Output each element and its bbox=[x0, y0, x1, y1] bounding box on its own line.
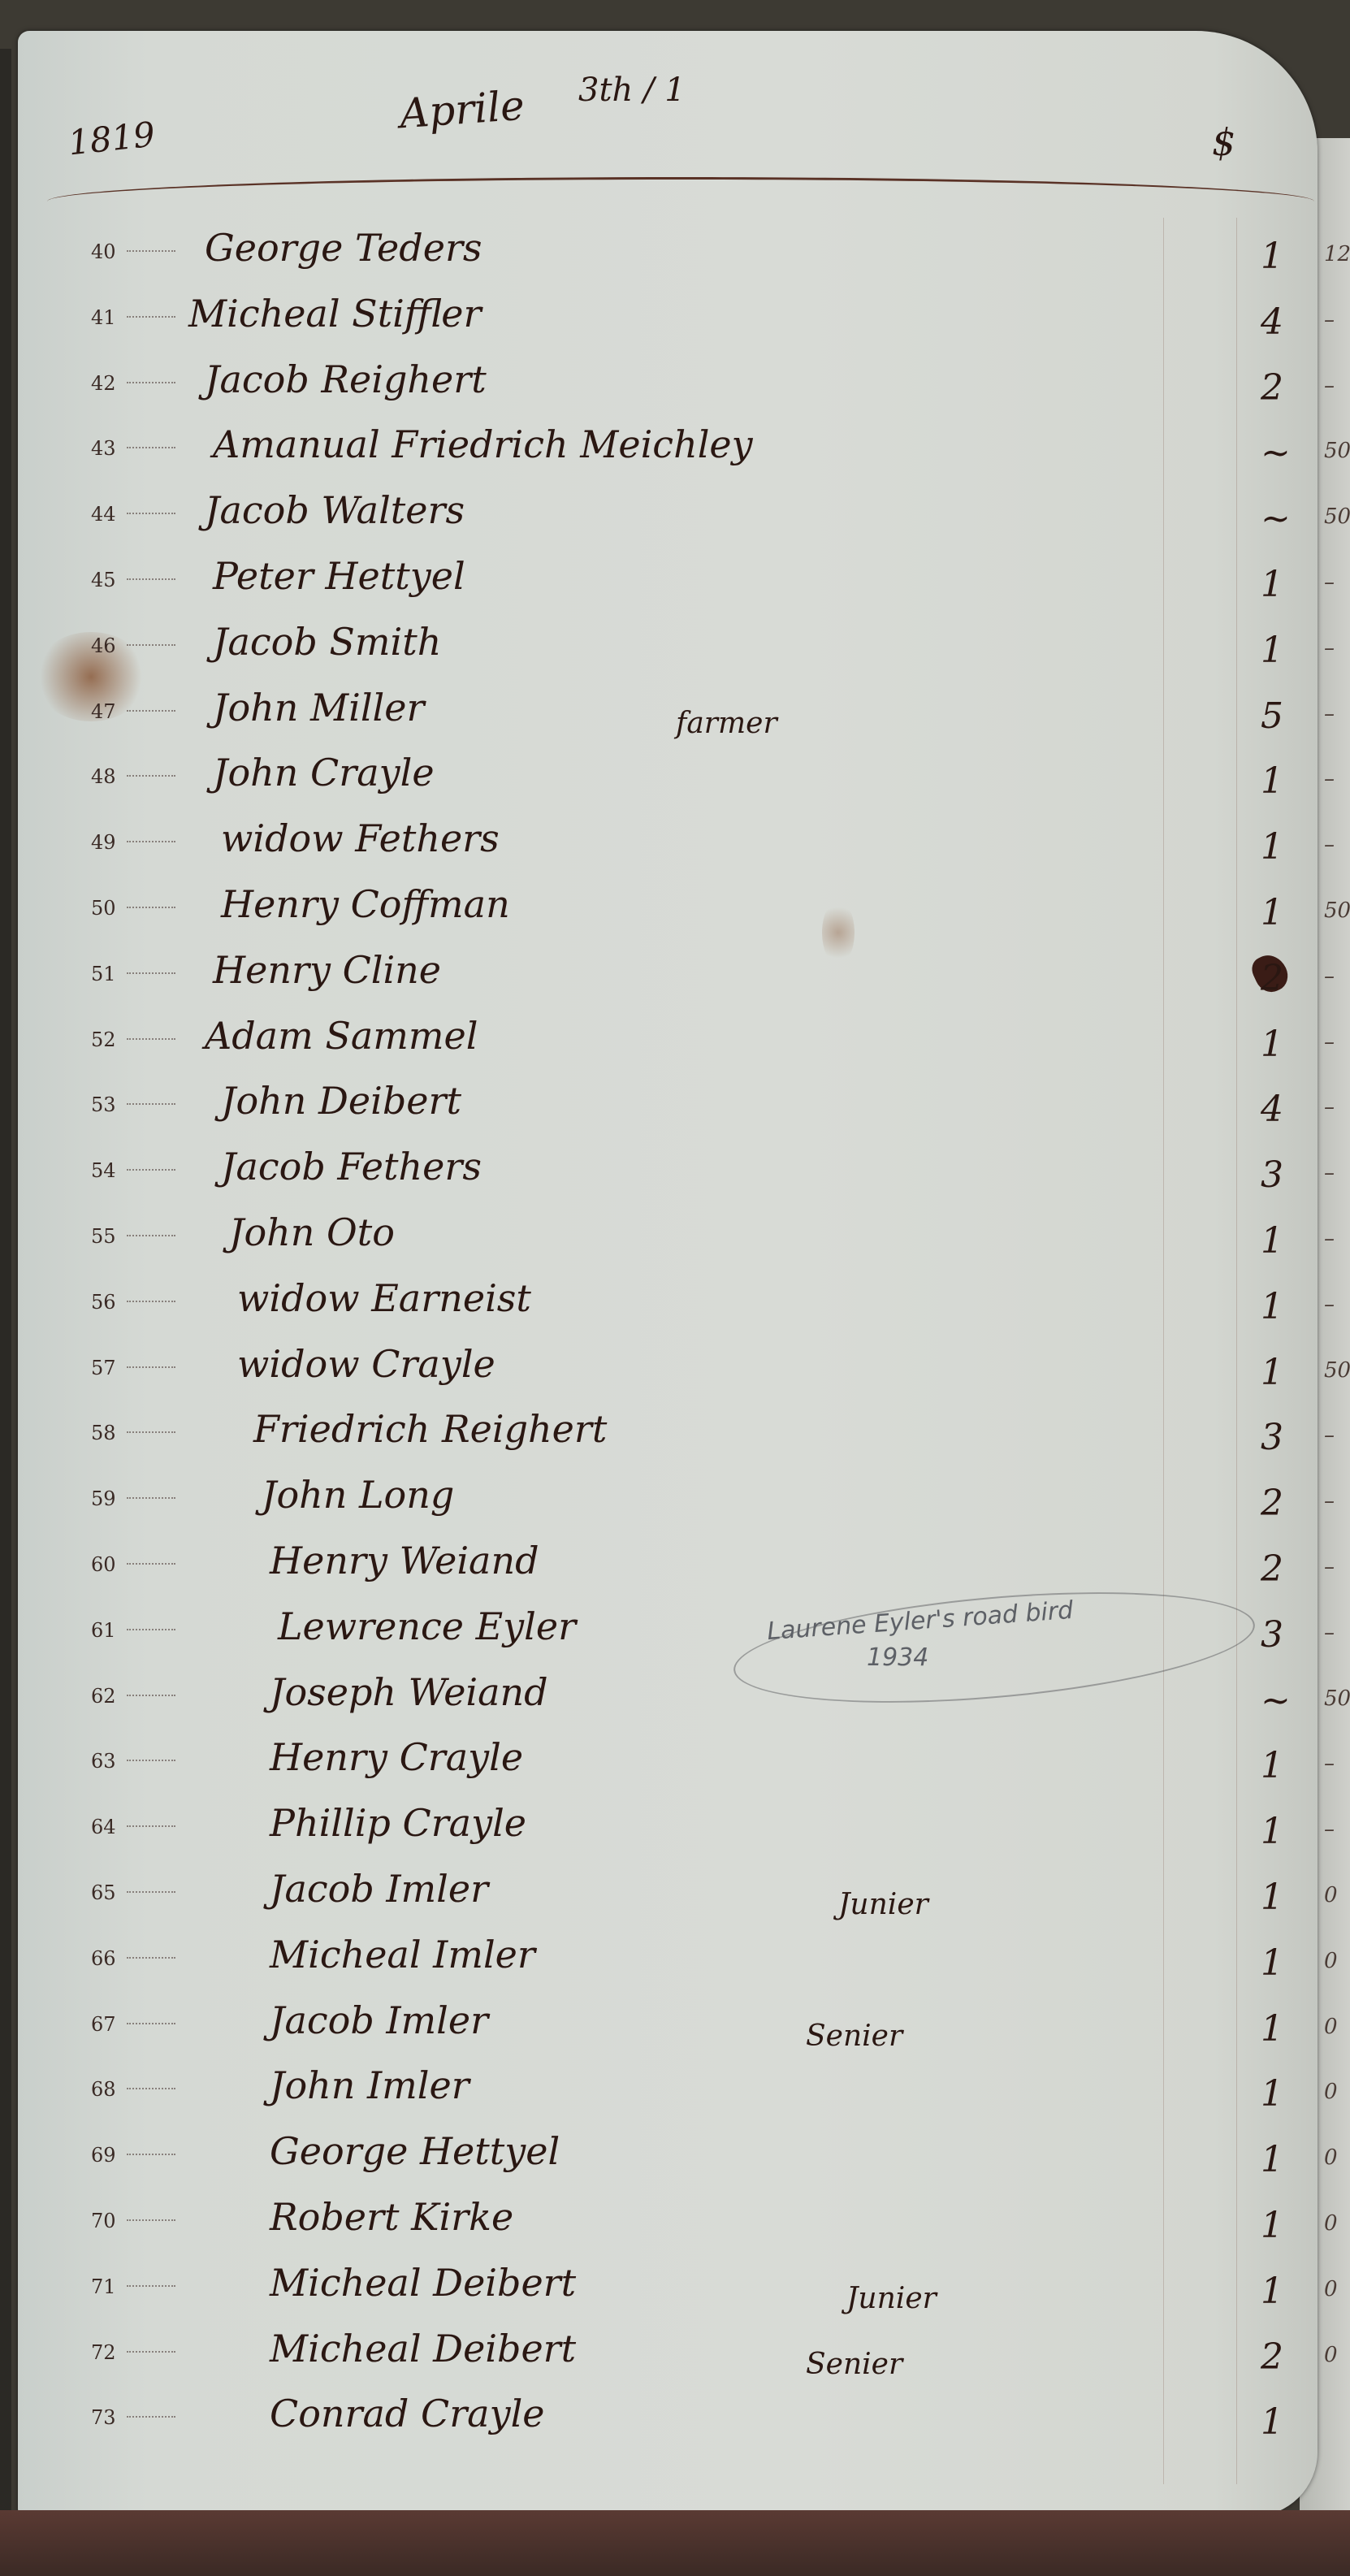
entry-number: 55 bbox=[91, 1225, 116, 1248]
currency-column-header: $ bbox=[1212, 120, 1235, 164]
entry-quantity: 2 bbox=[1261, 367, 1283, 409]
entry-quantity: 3 bbox=[1261, 1614, 1283, 1656]
entry-name: John Imler bbox=[270, 2063, 469, 2107]
dotted-leader bbox=[127, 1497, 175, 1499]
entry-name: Micheal Deibert bbox=[270, 2261, 576, 2305]
entry-name: George Teders bbox=[205, 226, 482, 270]
ledger-entries: 40George Teders11241Micheal Stiffler4–42… bbox=[91, 219, 1293, 2451]
entry-number: 70 bbox=[91, 2210, 116, 2232]
entry-name: John Long bbox=[262, 1473, 454, 1517]
entry-number: 41 bbox=[91, 306, 116, 329]
ledger-row: 52Adam Sammel1– bbox=[91, 1007, 1293, 1073]
entry-number: 61 bbox=[91, 1619, 116, 1642]
dotted-leader bbox=[127, 1695, 175, 1696]
entry-quantity: 2 bbox=[1261, 958, 1283, 999]
entry-margin-value: 0 bbox=[1324, 2343, 1338, 2367]
entry-margin-value: – bbox=[1324, 767, 1335, 791]
entry-quantity: 3 bbox=[1261, 1154, 1283, 1196]
dotted-leader bbox=[127, 710, 175, 712]
dotted-leader bbox=[127, 972, 175, 974]
ledger-day: 3th / 1 bbox=[578, 71, 686, 109]
dotted-leader bbox=[127, 447, 175, 448]
dotted-leader bbox=[127, 644, 175, 646]
entry-name: Jacob Imler bbox=[270, 1867, 488, 1911]
entry-margin-value: – bbox=[1324, 1292, 1335, 1317]
ledger-row: 63Henry Crayle1– bbox=[91, 1729, 1293, 1795]
dotted-leader bbox=[127, 1366, 175, 1368]
entry-quantity: 1 bbox=[1261, 630, 1283, 671]
dotted-leader bbox=[127, 2154, 175, 2155]
entry-margin-value: 50 bbox=[1324, 504, 1350, 529]
entry-margin-value: 50 bbox=[1324, 898, 1350, 923]
entry-margin-value: 50 bbox=[1324, 1686, 1350, 1711]
entry-name: Henry Crayle bbox=[270, 1735, 523, 1779]
entry-quantity: 1 bbox=[1261, 2271, 1283, 2312]
ledger-row: 56widow Earneist1– bbox=[91, 1270, 1293, 1336]
ledger-row: 44Jacob Walters~50 bbox=[91, 482, 1293, 548]
entry-number: 66 bbox=[91, 1947, 116, 1970]
entry-name: John Crayle bbox=[213, 751, 435, 794]
entry-quantity: 1 bbox=[1261, 892, 1283, 933]
entry-margin-value: 12 bbox=[1324, 242, 1350, 266]
entry-margin-value: – bbox=[1324, 1227, 1335, 1251]
entry-name: Jacob Reighert bbox=[205, 357, 487, 401]
dotted-leader bbox=[127, 1301, 175, 1302]
dotted-leader bbox=[127, 1235, 175, 1236]
entry-name: Jacob Fethers bbox=[221, 1145, 482, 1188]
entry-name: widow Fethers bbox=[221, 816, 500, 860]
ledger-row: 64Phillip Crayle1– bbox=[91, 1795, 1293, 1860]
ledger-row: 60Henry Weiand2– bbox=[91, 1532, 1293, 1598]
book-spine bbox=[0, 49, 11, 2543]
entry-number: 65 bbox=[91, 1881, 116, 1904]
ledger-row: 48John Crayle1– bbox=[91, 744, 1293, 810]
entry-name: Micheal Stiffler bbox=[188, 292, 481, 336]
entry-margin-value: – bbox=[1324, 702, 1335, 726]
entry-margin-value: – bbox=[1324, 964, 1335, 989]
entry-name: Jacob Imler bbox=[270, 1998, 488, 2042]
dotted-leader bbox=[127, 382, 175, 383]
entry-name: Friedrich Reighert bbox=[253, 1407, 607, 1451]
entry-quantity: 1 bbox=[1261, 1811, 1283, 1852]
entry-name: widow Crayle bbox=[237, 1342, 495, 1386]
entry-name: Henry Weiand bbox=[270, 1539, 539, 1582]
entry-number: 44 bbox=[91, 503, 116, 526]
ledger-year: 1819 bbox=[67, 115, 157, 163]
ledger-row: 70Robert Kirke10 bbox=[91, 2189, 1293, 2254]
entry-quantity: 5 bbox=[1261, 695, 1283, 737]
entry-margin-value: – bbox=[1324, 1161, 1335, 1185]
entry-quantity: 4 bbox=[1261, 301, 1283, 343]
entry-number: 72 bbox=[91, 2341, 116, 2364]
entry-quantity: 1 bbox=[1261, 2008, 1283, 2050]
entry-margin-value: – bbox=[1324, 1030, 1335, 1054]
dotted-leader bbox=[127, 1760, 175, 1761]
entry-name: Peter Hettyel bbox=[213, 554, 465, 598]
entry-name: John Deibert bbox=[221, 1079, 461, 1123]
entry-number: 49 bbox=[91, 831, 116, 854]
entry-quantity: 3 bbox=[1261, 1417, 1283, 1458]
ledger-row: 54Jacob Fethers3– bbox=[91, 1138, 1293, 1204]
entry-number: 53 bbox=[91, 1093, 116, 1116]
entry-name: Conrad Crayle bbox=[270, 2392, 545, 2435]
entry-note: Junier bbox=[838, 1888, 928, 1921]
ledger-row: 66Micheal Imler10 bbox=[91, 1926, 1293, 1992]
entry-quantity: 2 bbox=[1261, 2336, 1283, 2378]
entry-number: 64 bbox=[91, 1816, 116, 1838]
ledger-month: Aprile bbox=[398, 82, 526, 138]
entry-number: 71 bbox=[91, 2275, 116, 2298]
entry-note: Senier bbox=[806, 2020, 902, 2053]
entry-quantity: 2 bbox=[1261, 1483, 1283, 1524]
entry-number: 47 bbox=[91, 700, 116, 723]
entry-number: 43 bbox=[91, 437, 116, 460]
entry-margin-value: – bbox=[1324, 1817, 1335, 1842]
entry-name: George Hettyel bbox=[270, 2129, 560, 2173]
dotted-leader bbox=[127, 513, 175, 514]
ledger-row: 69George Hettyel10 bbox=[91, 2123, 1293, 2189]
entry-quantity: 1 bbox=[1261, 2073, 1283, 2115]
entry-margin-value: – bbox=[1324, 1621, 1335, 1645]
entry-name: Robert Kirke bbox=[270, 2195, 513, 2239]
ledger-row: 42Jacob Reighert2– bbox=[91, 351, 1293, 417]
ledger-row: 43Amanual Friedrich Meichley~50 bbox=[91, 416, 1293, 482]
dotted-leader bbox=[127, 2416, 175, 2418]
entry-margin-value: 50 bbox=[1324, 1358, 1350, 1383]
entry-number: 69 bbox=[91, 2144, 116, 2167]
entry-note: farmer bbox=[676, 707, 777, 740]
entry-name: Amanual Friedrich Meichley bbox=[213, 422, 753, 466]
dotted-leader bbox=[127, 1563, 175, 1565]
entry-number: 40 bbox=[91, 240, 116, 263]
ledger-row: 68John Imler10 bbox=[91, 2057, 1293, 2123]
entry-margin-value: – bbox=[1324, 374, 1335, 398]
entry-margin-value: 0 bbox=[1324, 2015, 1338, 2039]
entry-margin-value: – bbox=[1324, 1489, 1335, 1513]
ledger-row: 41Micheal Stiffler4– bbox=[91, 285, 1293, 351]
ledger-row: 71Micheal DeibertJunier10 bbox=[91, 2254, 1293, 2320]
entry-quantity: ~ bbox=[1261, 498, 1291, 539]
entry-name: Henry Cline bbox=[213, 948, 441, 992]
entry-number: 67 bbox=[91, 2013, 116, 2036]
ledger-row: 47John Millerfarmer5– bbox=[91, 679, 1293, 745]
entry-name: Adam Sammel bbox=[205, 1014, 478, 1058]
dotted-leader bbox=[127, 775, 175, 777]
entry-number: 42 bbox=[91, 372, 116, 395]
dotted-leader bbox=[127, 578, 175, 580]
entry-number: 59 bbox=[91, 1487, 116, 1510]
entry-margin-value: 0 bbox=[1324, 2211, 1338, 2236]
entry-note: Junier bbox=[846, 2282, 937, 2315]
dotted-leader bbox=[127, 2285, 175, 2287]
book-cover-edge bbox=[0, 2510, 1350, 2576]
entry-quantity: 1 bbox=[1261, 2205, 1283, 2246]
ledger-row: 58Friedrich Reighert3– bbox=[91, 1401, 1293, 1466]
ledger-row: 67Jacob ImlerSenier10 bbox=[91, 1992, 1293, 2058]
entry-quantity: 1 bbox=[1261, 2401, 1283, 2443]
ledger-row: 45Peter Hettyel1– bbox=[91, 548, 1293, 613]
ledger-row: 73Conrad Crayle1 bbox=[91, 2385, 1293, 2451]
entry-number: 68 bbox=[91, 2078, 116, 2101]
entry-name: Joseph Weiand bbox=[270, 1670, 548, 1714]
entry-name: Henry Coffman bbox=[221, 882, 510, 926]
entry-quantity: 1 bbox=[1261, 564, 1283, 605]
entry-number: 56 bbox=[91, 1291, 116, 1314]
entry-margin-value: 0 bbox=[1324, 2080, 1338, 2104]
entry-number: 52 bbox=[91, 1028, 116, 1051]
ledger-page: 1819 Aprile 3th / 1 $ 40George Teders112… bbox=[18, 31, 1318, 2517]
dotted-leader bbox=[127, 1957, 175, 1959]
entry-quantity: 1 bbox=[1261, 1220, 1283, 1262]
entry-name: Lewrence Eyler bbox=[278, 1604, 576, 1648]
entry-quantity: 1 bbox=[1261, 760, 1283, 802]
dotted-leader bbox=[127, 841, 175, 842]
entry-margin-value: – bbox=[1324, 1555, 1335, 1579]
dotted-leader bbox=[127, 1891, 175, 1893]
entry-quantity: 1 bbox=[1261, 236, 1283, 277]
entry-quantity: 1 bbox=[1261, 1024, 1283, 1065]
entry-margin-value: – bbox=[1324, 308, 1335, 332]
ledger-row: 50Henry Coffman150 bbox=[91, 876, 1293, 942]
entry-quantity: 1 bbox=[1261, 1942, 1283, 1984]
dotted-leader bbox=[127, 2088, 175, 2089]
entry-margin-value: 0 bbox=[1324, 2145, 1338, 2170]
entry-margin-value: – bbox=[1324, 833, 1335, 857]
entry-margin-value: – bbox=[1324, 636, 1335, 660]
entry-number: 54 bbox=[91, 1159, 116, 1182]
entry-number: 60 bbox=[91, 1553, 116, 1576]
entry-name: Micheal Deibert bbox=[270, 2327, 576, 2370]
entry-number: 73 bbox=[91, 2406, 116, 2429]
entry-quantity: ~ bbox=[1261, 432, 1291, 474]
entry-name: Micheal Imler bbox=[270, 1933, 535, 1976]
entry-margin-value: – bbox=[1324, 570, 1335, 595]
entry-margin-value: 0 bbox=[1324, 1949, 1338, 1973]
entry-number: 46 bbox=[91, 634, 116, 657]
dotted-leader bbox=[127, 1431, 175, 1433]
ledger-row: 55John Oto1– bbox=[91, 1204, 1293, 1270]
dotted-leader bbox=[127, 250, 175, 252]
entry-quantity: 2 bbox=[1261, 1548, 1283, 1590]
entry-number: 63 bbox=[91, 1750, 116, 1773]
dotted-leader bbox=[127, 1038, 175, 1040]
ledger-row: 59John Long2– bbox=[91, 1466, 1293, 1532]
dotted-leader bbox=[127, 1103, 175, 1105]
entry-name: John Oto bbox=[229, 1210, 395, 1254]
entry-margin-value: 50 bbox=[1324, 439, 1350, 463]
entry-name: Jacob Walters bbox=[205, 488, 465, 532]
entry-margin-value: – bbox=[1324, 1751, 1335, 1776]
entry-quantity: 1 bbox=[1261, 826, 1283, 868]
entry-name: widow Earneist bbox=[237, 1276, 531, 1320]
entry-quantity: 4 bbox=[1261, 1089, 1283, 1130]
ledger-row: 40George Teders112 bbox=[91, 219, 1293, 285]
entry-number: 48 bbox=[91, 765, 116, 788]
entry-note: Senier bbox=[806, 2348, 902, 2381]
ledger-row: 57widow Crayle150 bbox=[91, 1336, 1293, 1401]
ledger-row: 65Jacob ImlerJunier10 bbox=[91, 1860, 1293, 1926]
ledger-row: 51Henry Cline2– bbox=[91, 942, 1293, 1007]
entry-margin-value: – bbox=[1324, 1095, 1335, 1119]
entry-quantity: 1 bbox=[1261, 1745, 1283, 1786]
entry-number: 58 bbox=[91, 1422, 116, 1444]
ledger-row: 72Micheal DeibertSenier20 bbox=[91, 2320, 1293, 2386]
entry-margin-value: 0 bbox=[1324, 1883, 1338, 1907]
entry-number: 45 bbox=[91, 569, 116, 591]
entry-quantity: 1 bbox=[1261, 1352, 1283, 1393]
dotted-leader bbox=[127, 1825, 175, 1827]
dotted-leader bbox=[127, 907, 175, 908]
entry-quantity: 1 bbox=[1261, 1877, 1283, 1918]
entry-quantity: 1 bbox=[1261, 1286, 1283, 1327]
dotted-leader bbox=[127, 1169, 175, 1171]
pencil-annotation-year: 1934 bbox=[867, 1643, 928, 1672]
ledger-row: 53John Deibert4– bbox=[91, 1072, 1293, 1138]
entry-name: John Miller bbox=[213, 686, 424, 730]
entry-margin-value: – bbox=[1324, 1423, 1335, 1448]
entry-quantity: 1 bbox=[1261, 2139, 1283, 2180]
dotted-leader bbox=[127, 1629, 175, 1630]
entry-quantity: ~ bbox=[1261, 1680, 1291, 1721]
entry-number: 50 bbox=[91, 897, 116, 920]
dotted-leader bbox=[127, 2351, 175, 2353]
entry-name: Jacob Smith bbox=[213, 620, 441, 664]
ledger-row: 46Jacob Smith1– bbox=[91, 613, 1293, 679]
entry-number: 57 bbox=[91, 1357, 116, 1379]
entry-number: 62 bbox=[91, 1685, 116, 1708]
ledger-row: 49widow Fethers1– bbox=[91, 810, 1293, 876]
entry-name: Phillip Crayle bbox=[270, 1801, 526, 1845]
entry-number: 51 bbox=[91, 963, 116, 985]
dotted-leader bbox=[127, 316, 175, 318]
dotted-leader bbox=[127, 2023, 175, 2024]
entry-margin-value: 0 bbox=[1324, 2277, 1338, 2301]
dotted-leader bbox=[127, 2219, 175, 2221]
